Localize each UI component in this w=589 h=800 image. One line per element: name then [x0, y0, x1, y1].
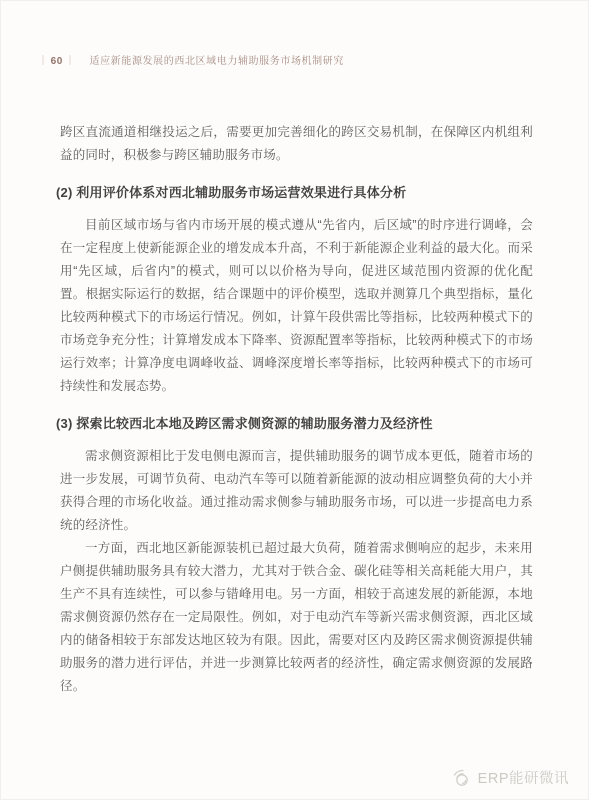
broadcast-logo-icon — [451, 768, 473, 788]
paragraph: 一方面，西北地区新能源装机已超过最大负荷，随着需求侧响应的起步，未来用户侧提供辅… — [60, 537, 533, 698]
paragraph-continued: 跨区直流通道相继投运之后，需要更加完善细化的跨区交易机制，在保障区内机组利益的同… — [60, 121, 533, 167]
running-header: ｜60｜适应新能源发展的西北区域电力辅助服务市场机制研究 — [36, 52, 344, 67]
watermark-text: ERP能研微讯 — [478, 767, 569, 788]
section-heading-3: (3) 探索比较西北本地及跨区需求侧资源的辅助服务潜力及经济性 — [56, 415, 533, 433]
paragraph: 需求侧资源相比于发电侧电源而言，提供辅助服务的调节成本更低，随着市场的进一步发展… — [60, 445, 533, 537]
document-title: 适应新能源发展的西北区域电力辅助服务市场机制研究 — [90, 56, 344, 67]
document-page: ｜60｜适应新能源发展的西北区域电力辅助服务市场机制研究 跨区直流通道相继投运之… — [0, 0, 589, 800]
section-heading-2: (2) 利用评价体系对西北辅助服务市场运营效果进行具体分析 — [56, 184, 533, 202]
page-number: 60 — [51, 56, 63, 67]
header-bar-left: ｜ — [38, 56, 49, 67]
page-body: 跨区直流通道相继投运之后，需要更加完善细化的跨区交易机制，在保障区内机组利益的同… — [60, 121, 533, 698]
header-bar-right: ｜ — [65, 56, 76, 67]
publisher-watermark: ERP能研微讯 — [451, 767, 569, 788]
paragraph: 目前区域市场与省内市场开展的模式遵从“先省内，后区域”的时序进行调峰，会在一定程… — [60, 214, 533, 398]
